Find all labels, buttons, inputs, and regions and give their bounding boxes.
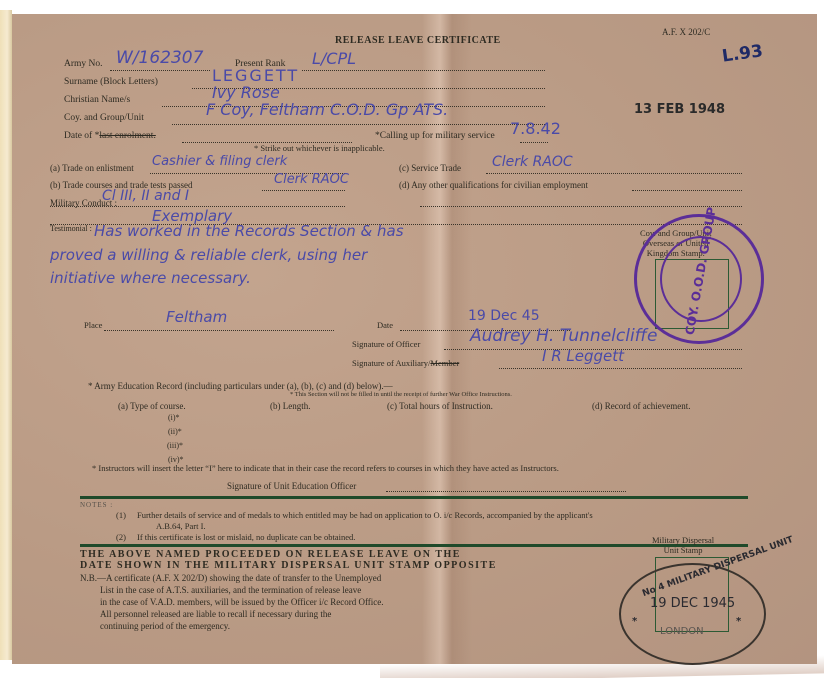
education-officer-signature-line: [386, 491, 626, 492]
release-line-2: DATE SHOWN IN THE MILITARY DISPERSAL UNI…: [80, 560, 497, 571]
note-number: (2): [116, 532, 126, 542]
other-qualifications-line: [632, 190, 742, 191]
officer-signature-label: Signature of Officer: [352, 339, 420, 349]
dispersal-caption-line: Unit Stamp: [652, 545, 714, 555]
education-officer-signature-label: Signature of Unit Education Officer: [227, 481, 356, 491]
surname-label: Surname (Block Letters): [64, 77, 158, 87]
army-no-value: W/162307: [116, 48, 203, 68]
trade-enlistment-value: Cashier & filing clerk: [152, 154, 287, 169]
release-nb-line: N.B.—A certificate (A.F. X 202/D) showin…: [80, 572, 384, 584]
release-nb-line: continuing period of the emergency.: [80, 620, 384, 632]
unit-value: F Coy, Feltham C.O.D. Gp ATS.: [206, 100, 448, 119]
unit-label: Coy. and Group/Unit: [64, 113, 144, 123]
dispersal-stamp-caption: Military Dispersal Unit Stamp: [652, 535, 714, 555]
testimonial-label: Testimonial :: [50, 224, 92, 233]
trade-courses-value: Clerk RAOC: [274, 172, 349, 187]
star-icon: *: [736, 616, 741, 627]
testimonial-line: Has worked in the Records Section & has: [94, 222, 404, 240]
date-value: 19 Dec 45: [468, 308, 540, 324]
page-edge: [0, 10, 12, 660]
section-divider: [80, 544, 748, 547]
education-row: (iii)*: [167, 441, 183, 450]
release-nb-line: in the case of V.A.D. members, will be i…: [80, 596, 384, 608]
education-note: * This Section will not be filled in unt…: [290, 391, 512, 398]
dispersal-stamp-bottom-text: LONDON: [660, 626, 704, 637]
date-of-label: Date of *last enrolment.: [64, 131, 156, 141]
conduct-label: Military Conduct :: [50, 198, 117, 208]
note-text: If this certificate is lost or mislaid, …: [137, 532, 355, 542]
instructors-note: * Instructors will insert the letter “I”…: [92, 463, 559, 473]
auxiliary-signature: I R Leggett: [542, 347, 624, 365]
section-divider: [80, 496, 748, 499]
place-label: Place: [84, 320, 102, 330]
education-col-length: (b) Length.: [270, 401, 311, 411]
auxiliary-struck-text: Member: [430, 358, 459, 368]
education-row: (i)*: [168, 413, 180, 422]
testimonial-line: proved a willing & reliable clerk, using…: [50, 246, 367, 264]
other-qualifications-label: (d) Any other qualifications for civilia…: [399, 180, 588, 190]
place-value: Feltham: [166, 308, 227, 326]
education-col-achievement: (d) Record of achievement.: [592, 401, 690, 411]
note-text-cont: A.B.64, Part I.: [156, 521, 206, 531]
present-rank-value: L/CPL: [312, 49, 356, 68]
date-of-prefix: Date of *: [64, 131, 99, 141]
strike-note: * Strike out whichever is inapplicable.: [254, 143, 385, 153]
star-icon: *: [632, 616, 637, 627]
education-col-hours: (c) Total hours of Instruction.: [387, 401, 493, 411]
trade-courses-line: [262, 190, 345, 191]
date-label: Date: [377, 320, 393, 330]
release-nb: N.B.—A certificate (A.F. X 202/D) showin…: [80, 572, 384, 632]
unit-line: [172, 124, 545, 125]
officer-signature: Audrey H. Tunnelcliffe: [470, 326, 657, 346]
calling-up-label: *Calling up for military service: [375, 131, 495, 141]
army-no-label: Army No.: [64, 59, 103, 69]
certificate-document: RELEASE LEAVE CERTIFICATE A.F. X 202/C L…: [12, 14, 817, 664]
education-heading: * Army Education Record (including parti…: [88, 381, 393, 391]
auxiliary-label-text: Signature of Auxiliary/: [352, 358, 430, 368]
dispersal-caption-line: Military Dispersal: [652, 535, 714, 545]
army-no-line: [110, 70, 210, 71]
form-number: A.F. X 202/C: [662, 27, 710, 37]
auxiliary-signature-label: Signature of Auxiliary/Member: [352, 358, 459, 368]
education-col-type: (a) Type of course.: [118, 401, 186, 411]
notes-heading: NOTES :: [80, 501, 113, 509]
reference-stamp: L.93: [721, 41, 764, 67]
note-text: Further details of service and of medals…: [137, 510, 593, 520]
received-date-stamp: 13 FEB 1948: [634, 102, 725, 117]
service-trade-value: Clerk RAOC: [492, 154, 573, 170]
present-rank-line: [302, 70, 545, 71]
calling-up-value: 7.8.42: [510, 119, 561, 138]
dispersal-stamp-date: 19 DEC 1945: [650, 596, 735, 611]
service-trade-label: (c) Service Trade: [399, 163, 461, 173]
trade-enlistment-label: (a) Trade on enlistment: [50, 163, 134, 173]
release-nb-line: All personnel released are liable to rec…: [80, 608, 384, 620]
auxiliary-signature-line: [499, 368, 742, 369]
form-title: RELEASE LEAVE CERTIFICATE: [335, 35, 501, 46]
release-line-1: THE ABOVE NAMED PROCEEDED ON RELEASE LEA…: [80, 549, 461, 560]
release-nb-line: List in the case of A.T.S. auxiliaries, …: [80, 584, 384, 596]
calling-up-line: [520, 142, 548, 143]
date-of-struck: last enrolment.: [99, 131, 155, 141]
other-qualifications-line-2: [420, 206, 742, 207]
note-number: (1): [116, 510, 126, 520]
place-line: [104, 330, 334, 331]
service-trade-line: [486, 173, 742, 174]
education-row: (ii)*: [168, 427, 182, 436]
testimonial-line: initiative where necessary.: [50, 269, 251, 287]
christian-names-label: Christian Name/s: [64, 95, 130, 105]
